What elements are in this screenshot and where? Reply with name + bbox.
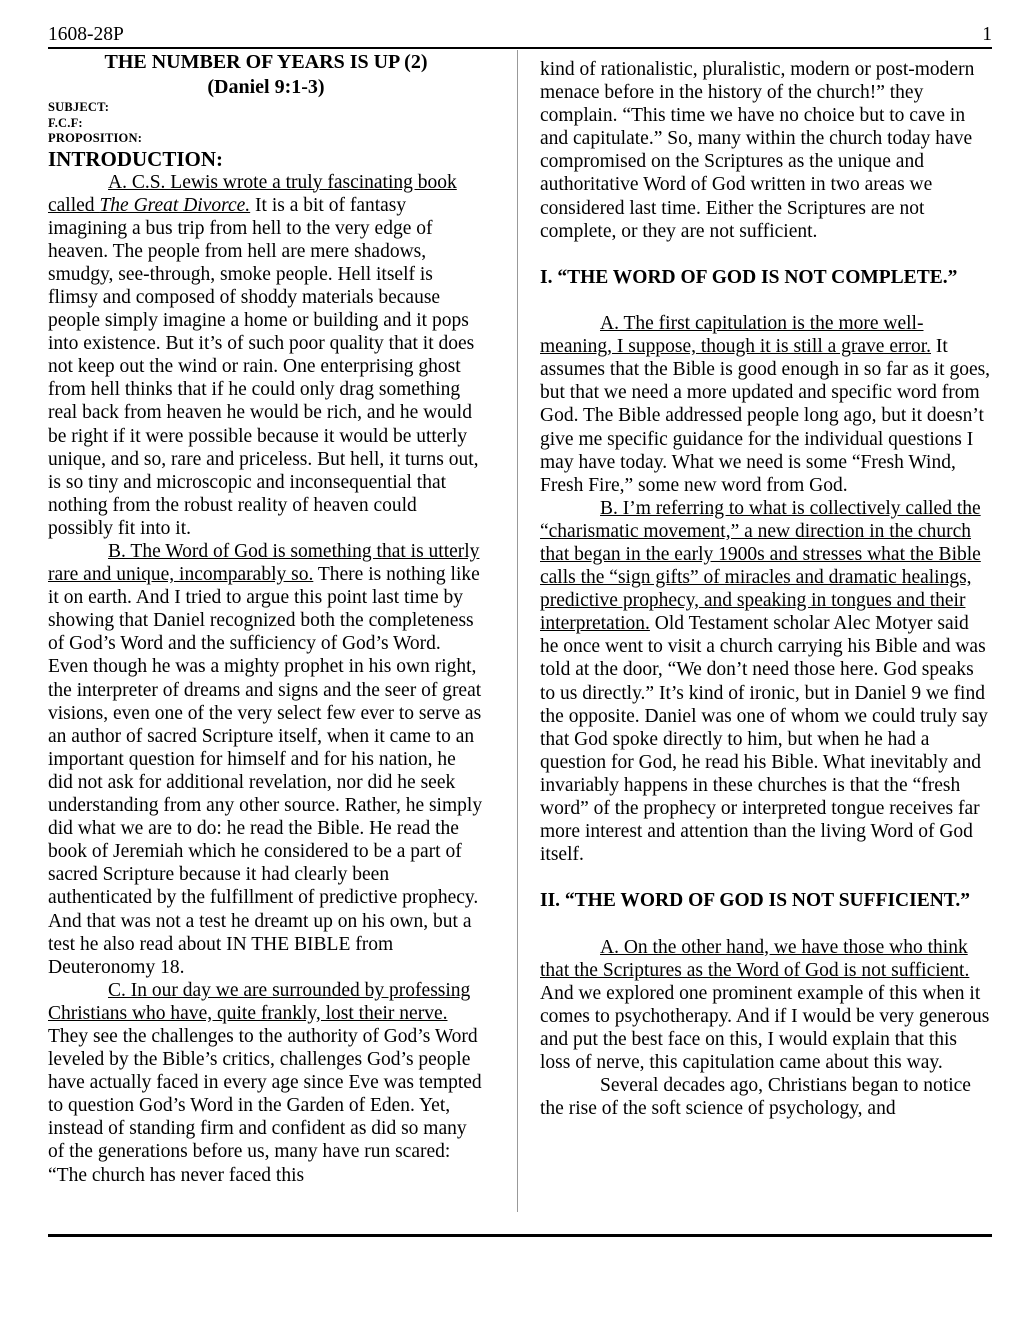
text-segment: A. On the other hand, we have those who … [540, 937, 969, 981]
spacer [540, 289, 992, 312]
column-divider-line [517, 50, 518, 1212]
sermon-title: THE NUMBER OF YEARS IS UP (2) [48, 50, 484, 75]
spacer [540, 243, 992, 266]
text-segment: The Great Divorce. [99, 195, 250, 216]
subject-label: SUBJECT: [48, 100, 484, 116]
text-segment: They see the challenges to the authority… [48, 1026, 482, 1186]
paragraph-point2-decades: Several decades ago, Christians began to… [540, 1074, 992, 1120]
text-segment: It assumes that the Bible is good enough… [540, 336, 990, 496]
left-column: THE NUMBER OF YEARS IS UP (2) (Daniel 9:… [48, 50, 484, 1187]
text-segment: II. “THE WORD OF GOD IS NOT SUFFICIENT.” [540, 890, 970, 911]
paragraph-continued: kind of rationalistic, pluralistic, mode… [540, 58, 992, 243]
text-segment: It is a bit of fantasy imagining a bus t… [48, 195, 479, 539]
text-segment: Old Testament scholar Alec Motyer said h… [540, 613, 988, 865]
paragraph-intro-a: A. C.S. Lewis wrote a truly fascinating … [48, 171, 484, 541]
document-page: 1608-28P 1 THE NUMBER OF YEARS IS UP (2)… [0, 0, 1020, 1320]
heading-point-2: II. “THE WORD OF GOD IS NOT SUFFICIENT.” [540, 889, 992, 912]
spacer [540, 912, 992, 935]
footer-rule [48, 1234, 992, 1237]
page-number: 1 [982, 22, 992, 47]
document-id: 1608-28P [48, 22, 124, 47]
text-segment: A. The first capitulation is the more we… [540, 313, 931, 357]
fcf-label: F.C.F: [48, 116, 484, 132]
paragraph-point1-a: A. The first capitulation is the more we… [540, 312, 992, 497]
left-column-text: A. C.S. Lewis wrote a truly fascinating … [48, 171, 484, 1187]
text-segment: kind of rationalistic, pluralistic, mode… [540, 59, 974, 242]
text-segment: There is nothing like it on earth. And I… [48, 564, 482, 978]
heading-point-1: I. “THE WORD OF GOD IS NOT COMPLETE.” [540, 266, 992, 289]
text-segment: Several decades ago, Christians began to… [540, 1075, 971, 1119]
scripture-reference: (Daniel 9:1-3) [48, 75, 484, 100]
text-segment: C. In our day we are surrounded by profe… [48, 980, 470, 1024]
proposition-label: PROPOSITION: [48, 131, 484, 147]
right-column: kind of rationalistic, pluralistic, mode… [540, 58, 992, 1120]
paragraph-intro-b: B. The Word of God is something that is … [48, 540, 484, 979]
text-segment: And we explored one prominent example of… [540, 983, 989, 1073]
introduction-heading: INTRODUCTION: [48, 147, 484, 171]
paragraph-point1-b: B. I’m referring to what is collectively… [540, 497, 992, 867]
paragraph-point2-a: A. On the other hand, we have those who … [540, 936, 992, 1075]
page-header: 1608-28P 1 [48, 22, 992, 49]
text-segment: I. “THE WORD OF GOD IS NOT COMPLETE.” [540, 267, 957, 288]
paragraph-intro-c: C. In our day we are surrounded by profe… [48, 979, 484, 1187]
spacer [540, 866, 992, 889]
